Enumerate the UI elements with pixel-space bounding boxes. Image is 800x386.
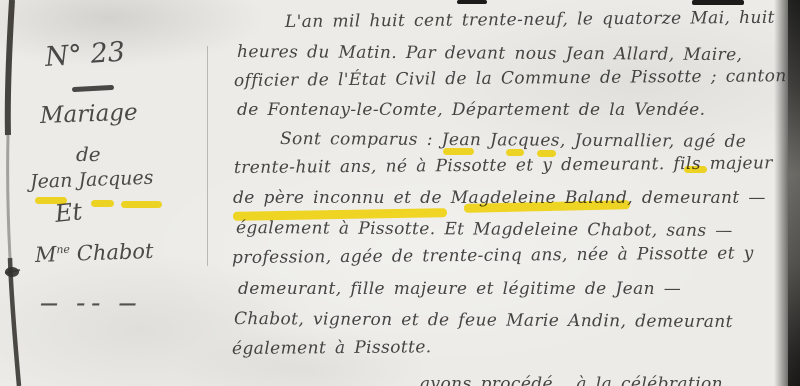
highlight-mark (121, 201, 162, 208)
margin-de: de (76, 142, 101, 166)
highlight-mark (443, 148, 474, 155)
body-line: heures du Matin. Par devant nous Jean Al… (237, 42, 743, 65)
top-edge-mark (457, 0, 487, 4)
register-page-scan: N° 23 Mariage de Jean Jacques Et Mne Cha… (0, 0, 800, 386)
body-line: demeurant, fille majeure et légitime de … (238, 279, 681, 299)
highlight-mark (684, 166, 707, 173)
body-line: avons procédé , à la célébration (420, 374, 723, 386)
margin-title: Mariage (40, 100, 139, 129)
highlight-mark (91, 200, 114, 207)
body-line: de Fontenay-le-Comte, Département de la … (237, 100, 705, 120)
highlight-mark (506, 149, 524, 156)
margin-groom-name: Jean Jacques (30, 167, 154, 193)
body-line: Chabot, vigneron et de feue Marie Andin,… (234, 309, 733, 332)
top-edge-mark (692, 0, 744, 5)
body-line: profession, agée de trente-cinq ans, née… (232, 243, 754, 268)
body-line: également à Pissotte. (232, 337, 432, 359)
margin-act-number: N° 23 (44, 36, 126, 73)
body-line: L'an mil huit cent trente-neuf, le quato… (285, 8, 775, 32)
margin-dashes: — –– — (40, 293, 143, 314)
right-page-edge (788, 0, 800, 386)
body-line: officier de l'État Civil de la Commune d… (234, 66, 787, 91)
body-line: également à Pissotte. Et Magdeleine Chab… (236, 218, 733, 241)
highlight-mark (537, 150, 556, 157)
margin-number-underline (72, 85, 114, 92)
margin-bride-name: Mne Chabot (35, 239, 154, 267)
margin-rule (207, 46, 208, 266)
bride-surname: Chabot (76, 239, 153, 266)
bride-superscript: ne (56, 243, 70, 256)
binding-thread (0, 0, 40, 386)
bride-initial: M (35, 242, 57, 267)
highlight-mark (35, 197, 67, 204)
